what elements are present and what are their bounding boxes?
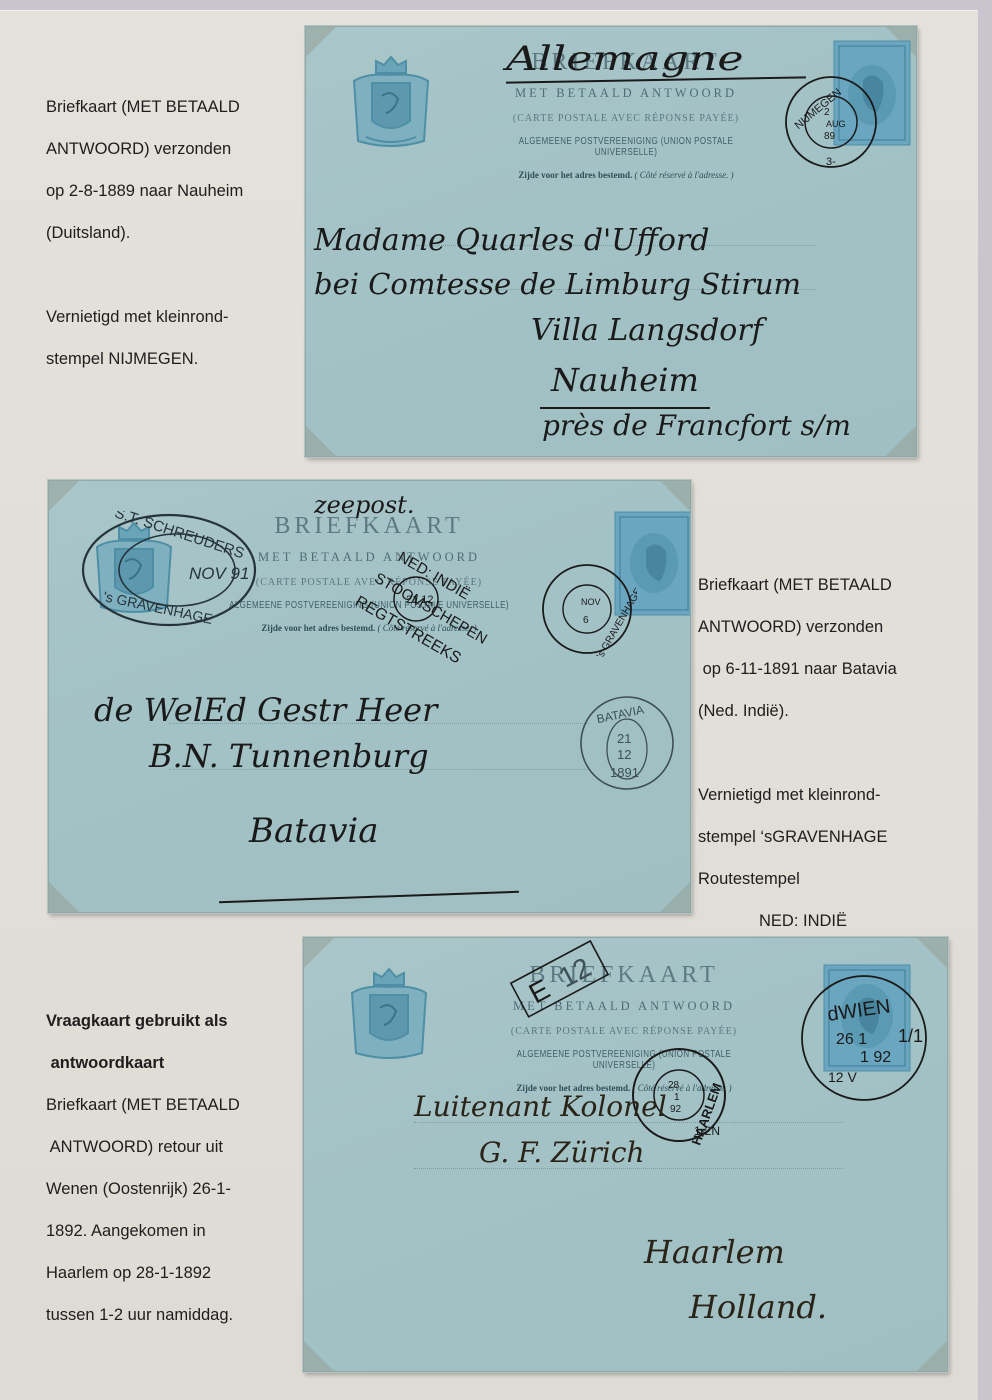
route-stamp-line: NED: INDIË — [698, 911, 948, 932]
svg-text:3-: 3- — [826, 156, 836, 168]
card-french: (CARTE POSTALE AVEC RÉPONSE PAYÉE) — [456, 113, 796, 124]
photo-corner — [917, 1341, 947, 1371]
photo-corner — [304, 1341, 334, 1371]
desc-line: ANTWOORD) retour uit — [46, 1137, 240, 1158]
postcard-2: BRIEFKAART MET BETAALD ANTWOORD (CARTE P… — [48, 480, 691, 913]
desc-line: Routestempel — [698, 869, 948, 890]
svg-text:E: E — [524, 973, 555, 1009]
photo-corner — [660, 882, 690, 912]
svg-text:NOV: NOV — [581, 597, 601, 607]
postmark-batavia: BATAVIA 21 12 1891 — [575, 691, 679, 795]
photo-corner — [49, 481, 79, 511]
svg-text:2: 2 — [824, 107, 830, 118]
photo-corner — [886, 426, 916, 456]
address-line-1: Madame Quarles d'Ufford — [314, 223, 709, 258]
address-line-3: Villa Langsdorf — [531, 313, 763, 348]
description-card-3: Vraagkaart gebruikt als antwoordkaart Br… — [46, 990, 240, 1347]
postcard-3: BRIEFKAART MET BETAALD ANTWOORD (CARTE P… — [303, 937, 948, 1372]
desc-line — [46, 265, 243, 286]
desc-line: Wenen (Oostenrijk) 26-1- — [46, 1179, 240, 1200]
address-line-2: G. F. Zürich — [479, 1136, 645, 1169]
desc-line: stempel ‘sGRAVENHAGE — [698, 827, 948, 848]
card-subtitle: MET BETAALD ANTWOORD — [456, 86, 796, 101]
photo-corner — [306, 426, 336, 456]
svg-text:AUG: AUG — [826, 119, 846, 129]
svg-text:92: 92 — [670, 1104, 682, 1115]
svg-text:21 12: 21 12 — [406, 594, 434, 606]
coat-of-arms-icon — [346, 51, 436, 156]
postmark-oval-schreuders: S.T. SCHREUDERS NOV 91 's GRAVENHAGE — [79, 511, 259, 629]
address-line-1: Luitenant Kolonel — [414, 1090, 667, 1123]
svg-text:BATAVIA: BATAVIA — [595, 702, 645, 726]
desc-line: (Duitsland). — [46, 223, 243, 244]
svg-text:28: 28 — [668, 1080, 680, 1091]
svg-text:1-2N: 1-2N — [694, 1124, 720, 1138]
svg-text:1891: 1891 — [610, 765, 639, 780]
address-line-1: de WelEd Gestr Heer — [94, 691, 437, 729]
photo-corner — [660, 481, 690, 511]
svg-text:1 92: 1 92 — [860, 1049, 891, 1066]
postmark-route-stoomschepen: NED: INDIË STOOMSCHEPEN REGTSTREEKS 21 1… — [341, 547, 491, 687]
svg-text:21: 21 — [617, 731, 631, 746]
desc-line: Briefkaart (MET BETAALD — [698, 575, 948, 596]
annotation-handwriting: zeepost. — [314, 491, 414, 519]
photo-corner — [49, 882, 79, 912]
desc-line: Vernietigd met kleinrond- — [698, 785, 948, 806]
address-line-2: B.N. Tunnenburg — [149, 737, 429, 775]
postmark-box-e12: E 12 — [504, 938, 614, 1018]
desc-line: tussen 1-2 uur namiddag. — [46, 1305, 240, 1326]
desc-line: Haarlem op 28-1-1892 — [46, 1263, 240, 1284]
address-line-3: Haarlem — [644, 1233, 785, 1271]
address-line-5: près de Francfort s/m — [542, 409, 851, 442]
desc-heading: antwoordkaart — [46, 1053, 240, 1074]
svg-text:1/1: 1/1 — [898, 1026, 923, 1046]
address-line-4: Nauheim — [551, 361, 699, 399]
photo-corner — [917, 938, 947, 968]
svg-text:6: 6 — [583, 615, 589, 626]
desc-line: ANTWOORD) verzonden — [46, 139, 243, 160]
card-side-note: Zijde voor het adres bestemd. ( Côté rés… — [456, 170, 796, 180]
address-line-3: Batavia — [249, 811, 379, 851]
photo-corner — [304, 938, 334, 968]
postmark-nijmegen: NIJMEGEN 2 AUG 89 3- — [776, 67, 886, 177]
card-upu: ALGEMEENE POSTVEREENIGING (UNION POSTALE… — [490, 136, 762, 158]
svg-text:dWIEN: dWIEN — [826, 995, 892, 1026]
address-line-2: bei Comtesse de Limburg Stirum — [314, 267, 801, 301]
card-french: (CARTE POSTALE AVEC RÉPONSE PAYÉE) — [454, 1026, 794, 1037]
desc-line: 1892. Aangekomen in — [46, 1221, 240, 1242]
desc-line: ANTWOORD) verzonden — [698, 617, 948, 638]
desc-line: (Ned. Indië). — [698, 701, 948, 722]
desc-line — [698, 743, 948, 764]
postmark-wien: dWIEN 1/1 26 1 1 92 12 V — [798, 972, 930, 1104]
svg-text:89: 89 — [824, 131, 836, 142]
svg-text:'s GRAVENHAGE: 's GRAVENHAGE — [102, 588, 214, 627]
svg-text:26 1: 26 1 — [836, 1031, 867, 1048]
desc-line: op 6-11-1891 naar Batavia — [698, 659, 948, 680]
desc-line: stempel NIJMEGEN. — [46, 349, 243, 370]
desc-line: Briefkaart (MET BETAALD — [46, 97, 243, 118]
svg-text:1: 1 — [674, 1092, 680, 1103]
description-card-1: Briefkaart (MET BETAALD ANTWOORD) verzon… — [46, 76, 243, 391]
address-line-4: Holland. — [689, 1288, 827, 1326]
svg-text:S.T. SCHREUDERS: S.T. SCHREUDERS — [113, 511, 247, 562]
address-underline — [219, 891, 519, 903]
svg-text:'s GRAVENHAGE: 's GRAVENHAGE — [595, 586, 637, 659]
postmark-sgravenhage: 's GRAVENHAGE NOV 6 — [537, 559, 637, 659]
coat-of-arms-icon — [344, 963, 434, 1068]
desc-line: op 2-8-1889 naar Nauheim — [46, 181, 243, 202]
svg-text:NOV 91: NOV 91 — [189, 564, 249, 583]
annotation-handwriting: Allemagne — [506, 39, 744, 79]
desc-line: Briefkaart (MET BETAALD — [46, 1095, 240, 1116]
svg-text:12 V: 12 V — [828, 1069, 857, 1085]
svg-text:12: 12 — [617, 747, 631, 762]
photo-corner — [306, 27, 336, 57]
postcard-1: BRIEFKAART MET BETAALD ANTWOORD (CARTE P… — [305, 26, 917, 457]
desc-line: Vernietigd met kleinrond- — [46, 307, 243, 328]
desc-heading: Vraagkaart gebruikt als — [46, 1011, 240, 1032]
